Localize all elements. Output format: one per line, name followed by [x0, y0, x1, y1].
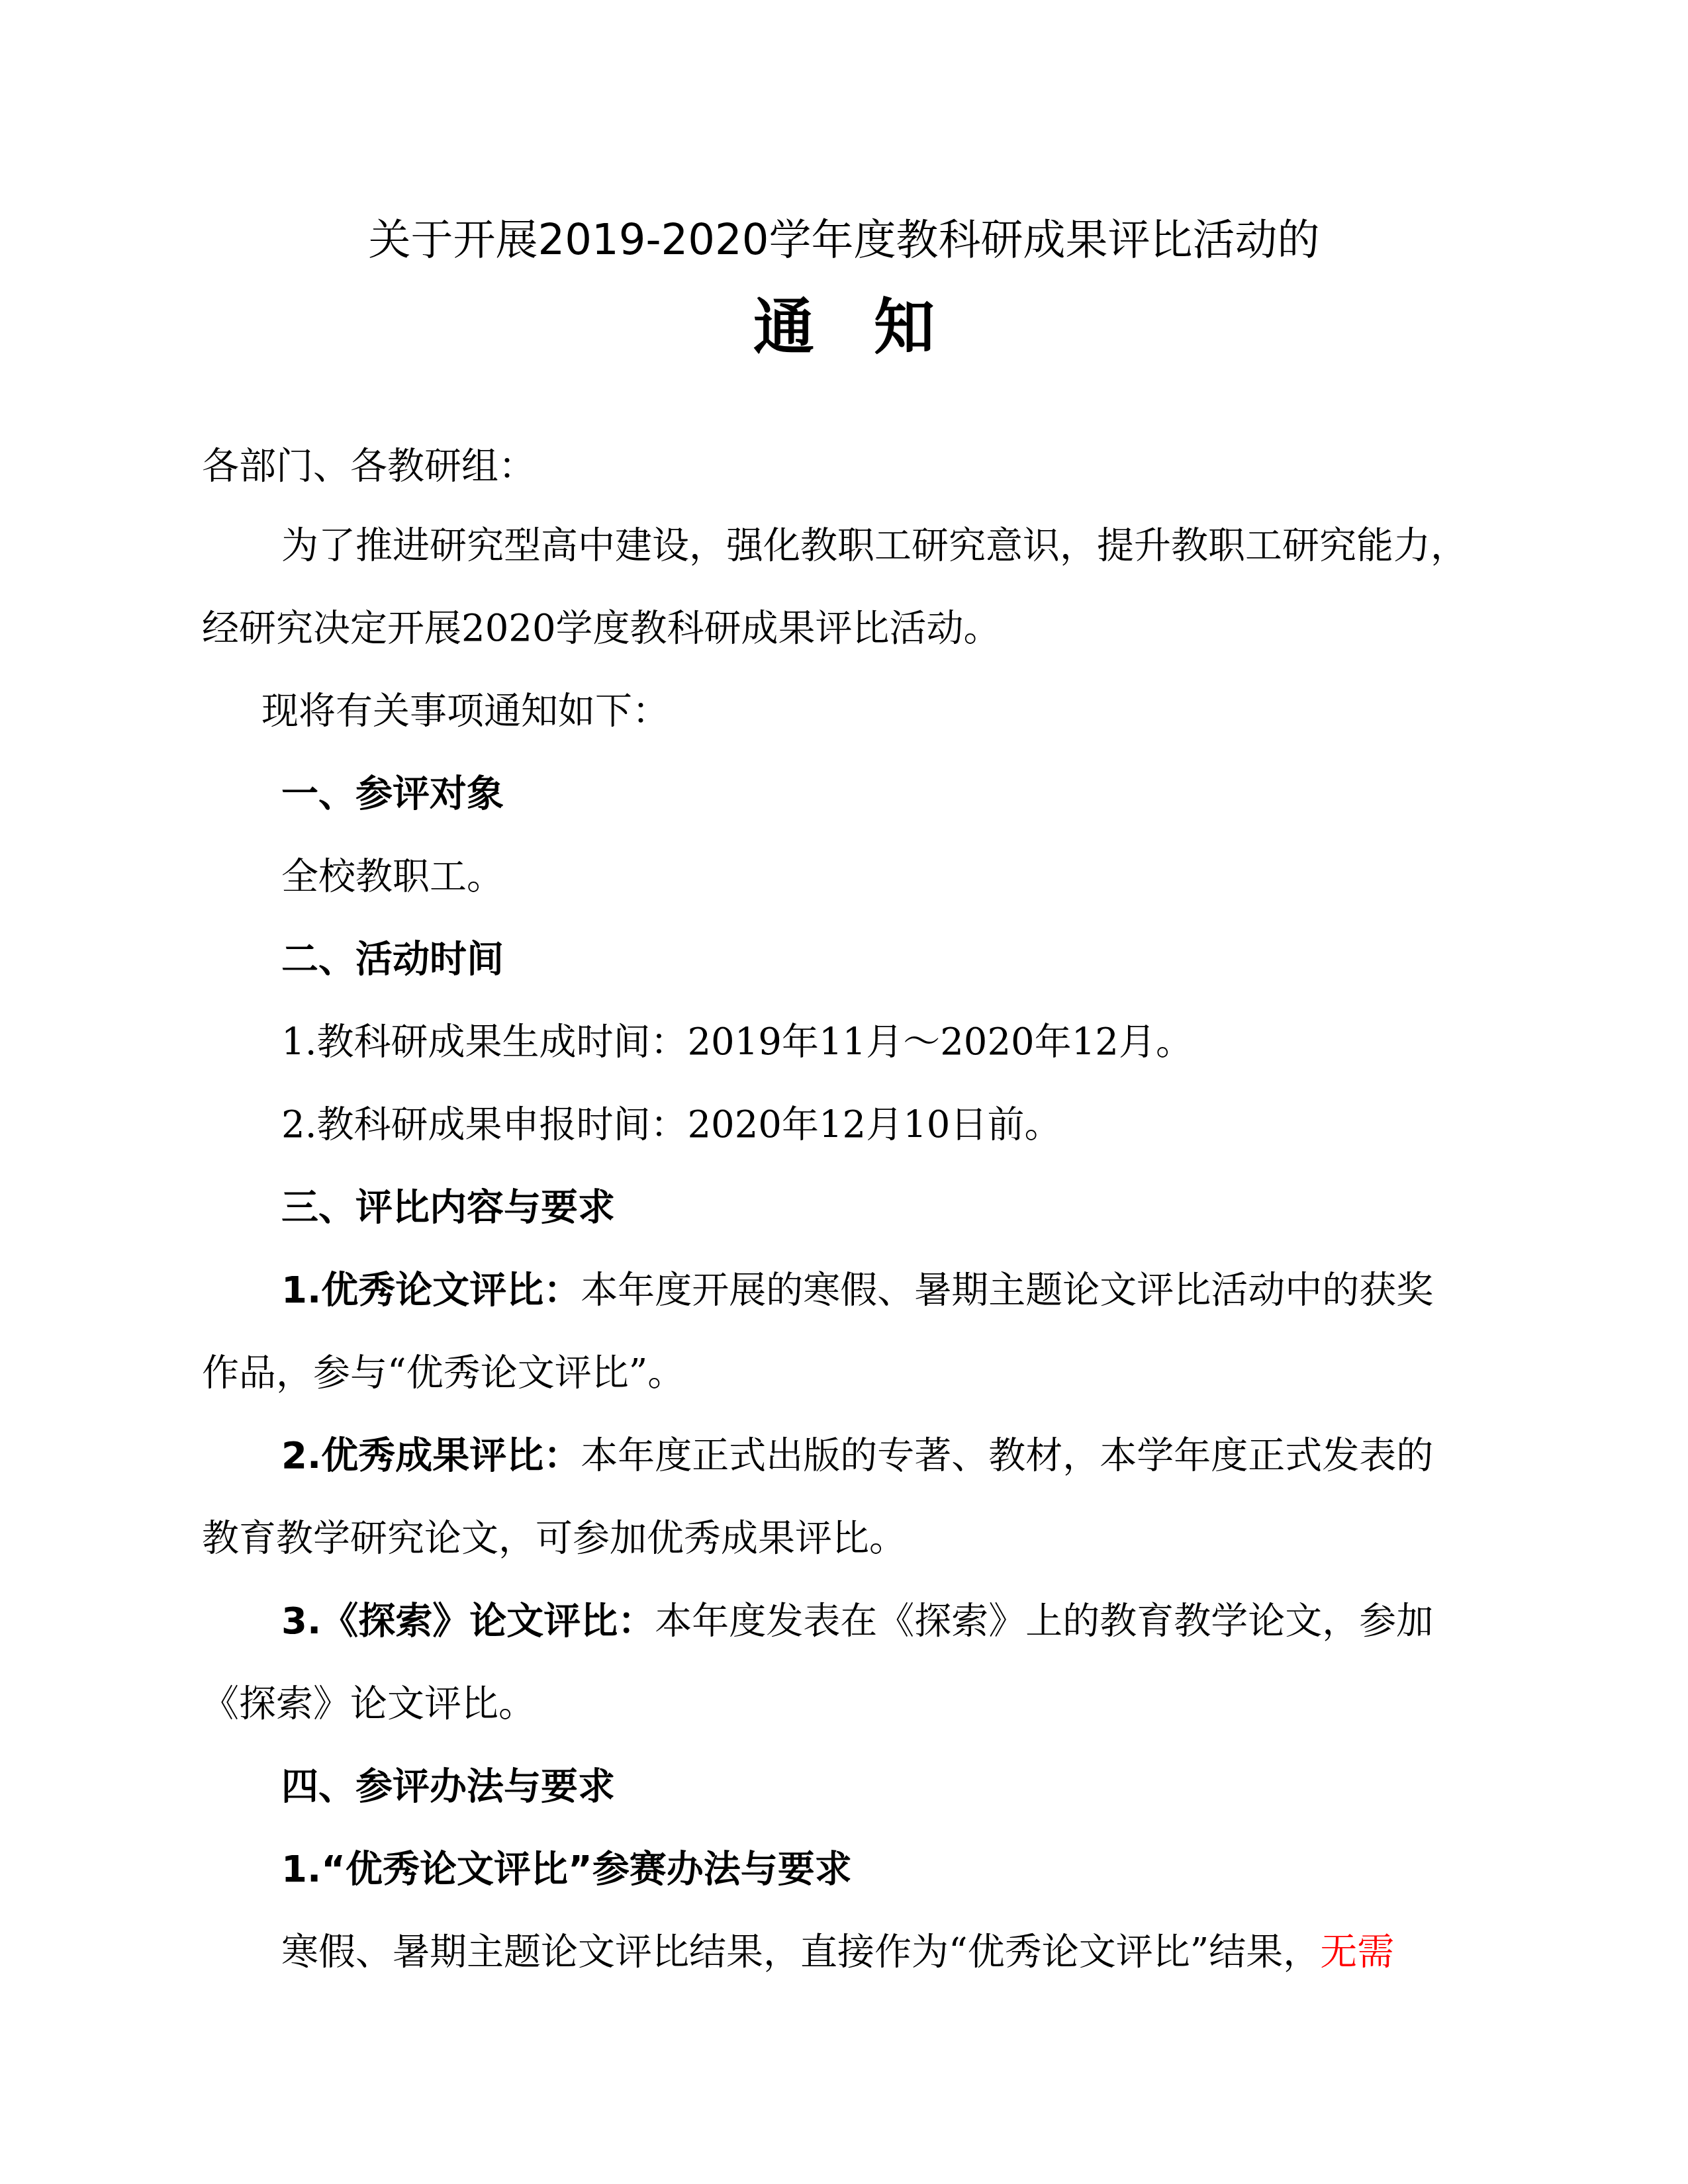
section-4-heading: 四、参评办法与要求: [281, 1760, 1566, 1813]
section-4-sub-1-body: 寒假、暑期主题论文评比结果，直接作为“优秀论文评比”结果，无需: [281, 1926, 1566, 1979]
notice-lead: 现将有关事项通知如下：: [261, 685, 1546, 738]
sub-1-text: 寒假、暑期主题论文评比结果，直接作为“优秀论文评比”结果，: [281, 1931, 1320, 1974]
intro-line-2: 经研究决定开展2020学度教科研成果评比活动。: [202, 602, 1486, 655]
section-3-item-1: 1.优秀论文评比：本年度开展的寒假、暑期主题论文评比活动中的获奖: [281, 1264, 1566, 1317]
item-3-text: 本年度发表在《探索》上的教育教学论文，参加: [655, 1600, 1433, 1643]
item-3-label: 3.《探索》论文评比：: [281, 1600, 655, 1643]
item-2-label: 2.优秀成果评比：: [281, 1434, 581, 1477]
section-1-body: 全校教职工。: [281, 850, 1566, 903]
salutation: 各部门、各教研组：: [202, 440, 1486, 493]
section-3-item-1-cont: 作品，参与“优秀论文评比”。: [202, 1347, 1486, 1400]
item-2-text: 本年度正式出版的专著、教材，本学年度正式发表的: [581, 1434, 1433, 1477]
section-2-item-1: 1.教科研成果生成时间：2019年11月～2020年12月。: [281, 1016, 1566, 1069]
section-3-item-3-cont: 《探索》论文评比。: [202, 1678, 1486, 1731]
document-page: 关于开展2019-2020学年度教科研成果评比活动的 通知 各部门、各教研组： …: [0, 0, 1688, 2184]
section-3-item-3: 3.《探索》论文评比：本年度发表在《探索》上的教育教学论文，参加: [281, 1595, 1566, 1648]
intro-line-1: 为了推进研究型高中建设，强化教职工研究意识，提升教职工研究能力，: [281, 520, 1566, 572]
item-1-label: 1.优秀论文评比：: [281, 1269, 581, 1312]
section-3-item-2: 2.优秀成果评比：本年度正式出版的专著、教材，本学年度正式发表的: [281, 1430, 1566, 1482]
item-1-text: 本年度开展的寒假、暑期主题论文评比活动中的获奖: [581, 1269, 1433, 1312]
section-3-item-2-cont: 教育教学研究论文，可参加优秀成果评比。: [202, 1512, 1486, 1565]
title-line-1: 关于开展2019-2020学年度教科研成果评比活动的: [0, 210, 1688, 270]
section-2-heading: 二、活动时间: [281, 933, 1566, 986]
section-1-heading: 一、参评对象: [281, 768, 1566, 821]
section-4-sub-1-heading: 1.“优秀论文评比”参赛办法与要求: [281, 1843, 1566, 1896]
title-line-2: 通知: [0, 291, 1688, 364]
section-2-item-2: 2.教科研成果申报时间：2020年12月10日前。: [281, 1099, 1566, 1152]
section-3-heading: 三、评比内容与要求: [281, 1181, 1566, 1234]
sub-1-highlight: 无需: [1320, 1931, 1394, 1974]
